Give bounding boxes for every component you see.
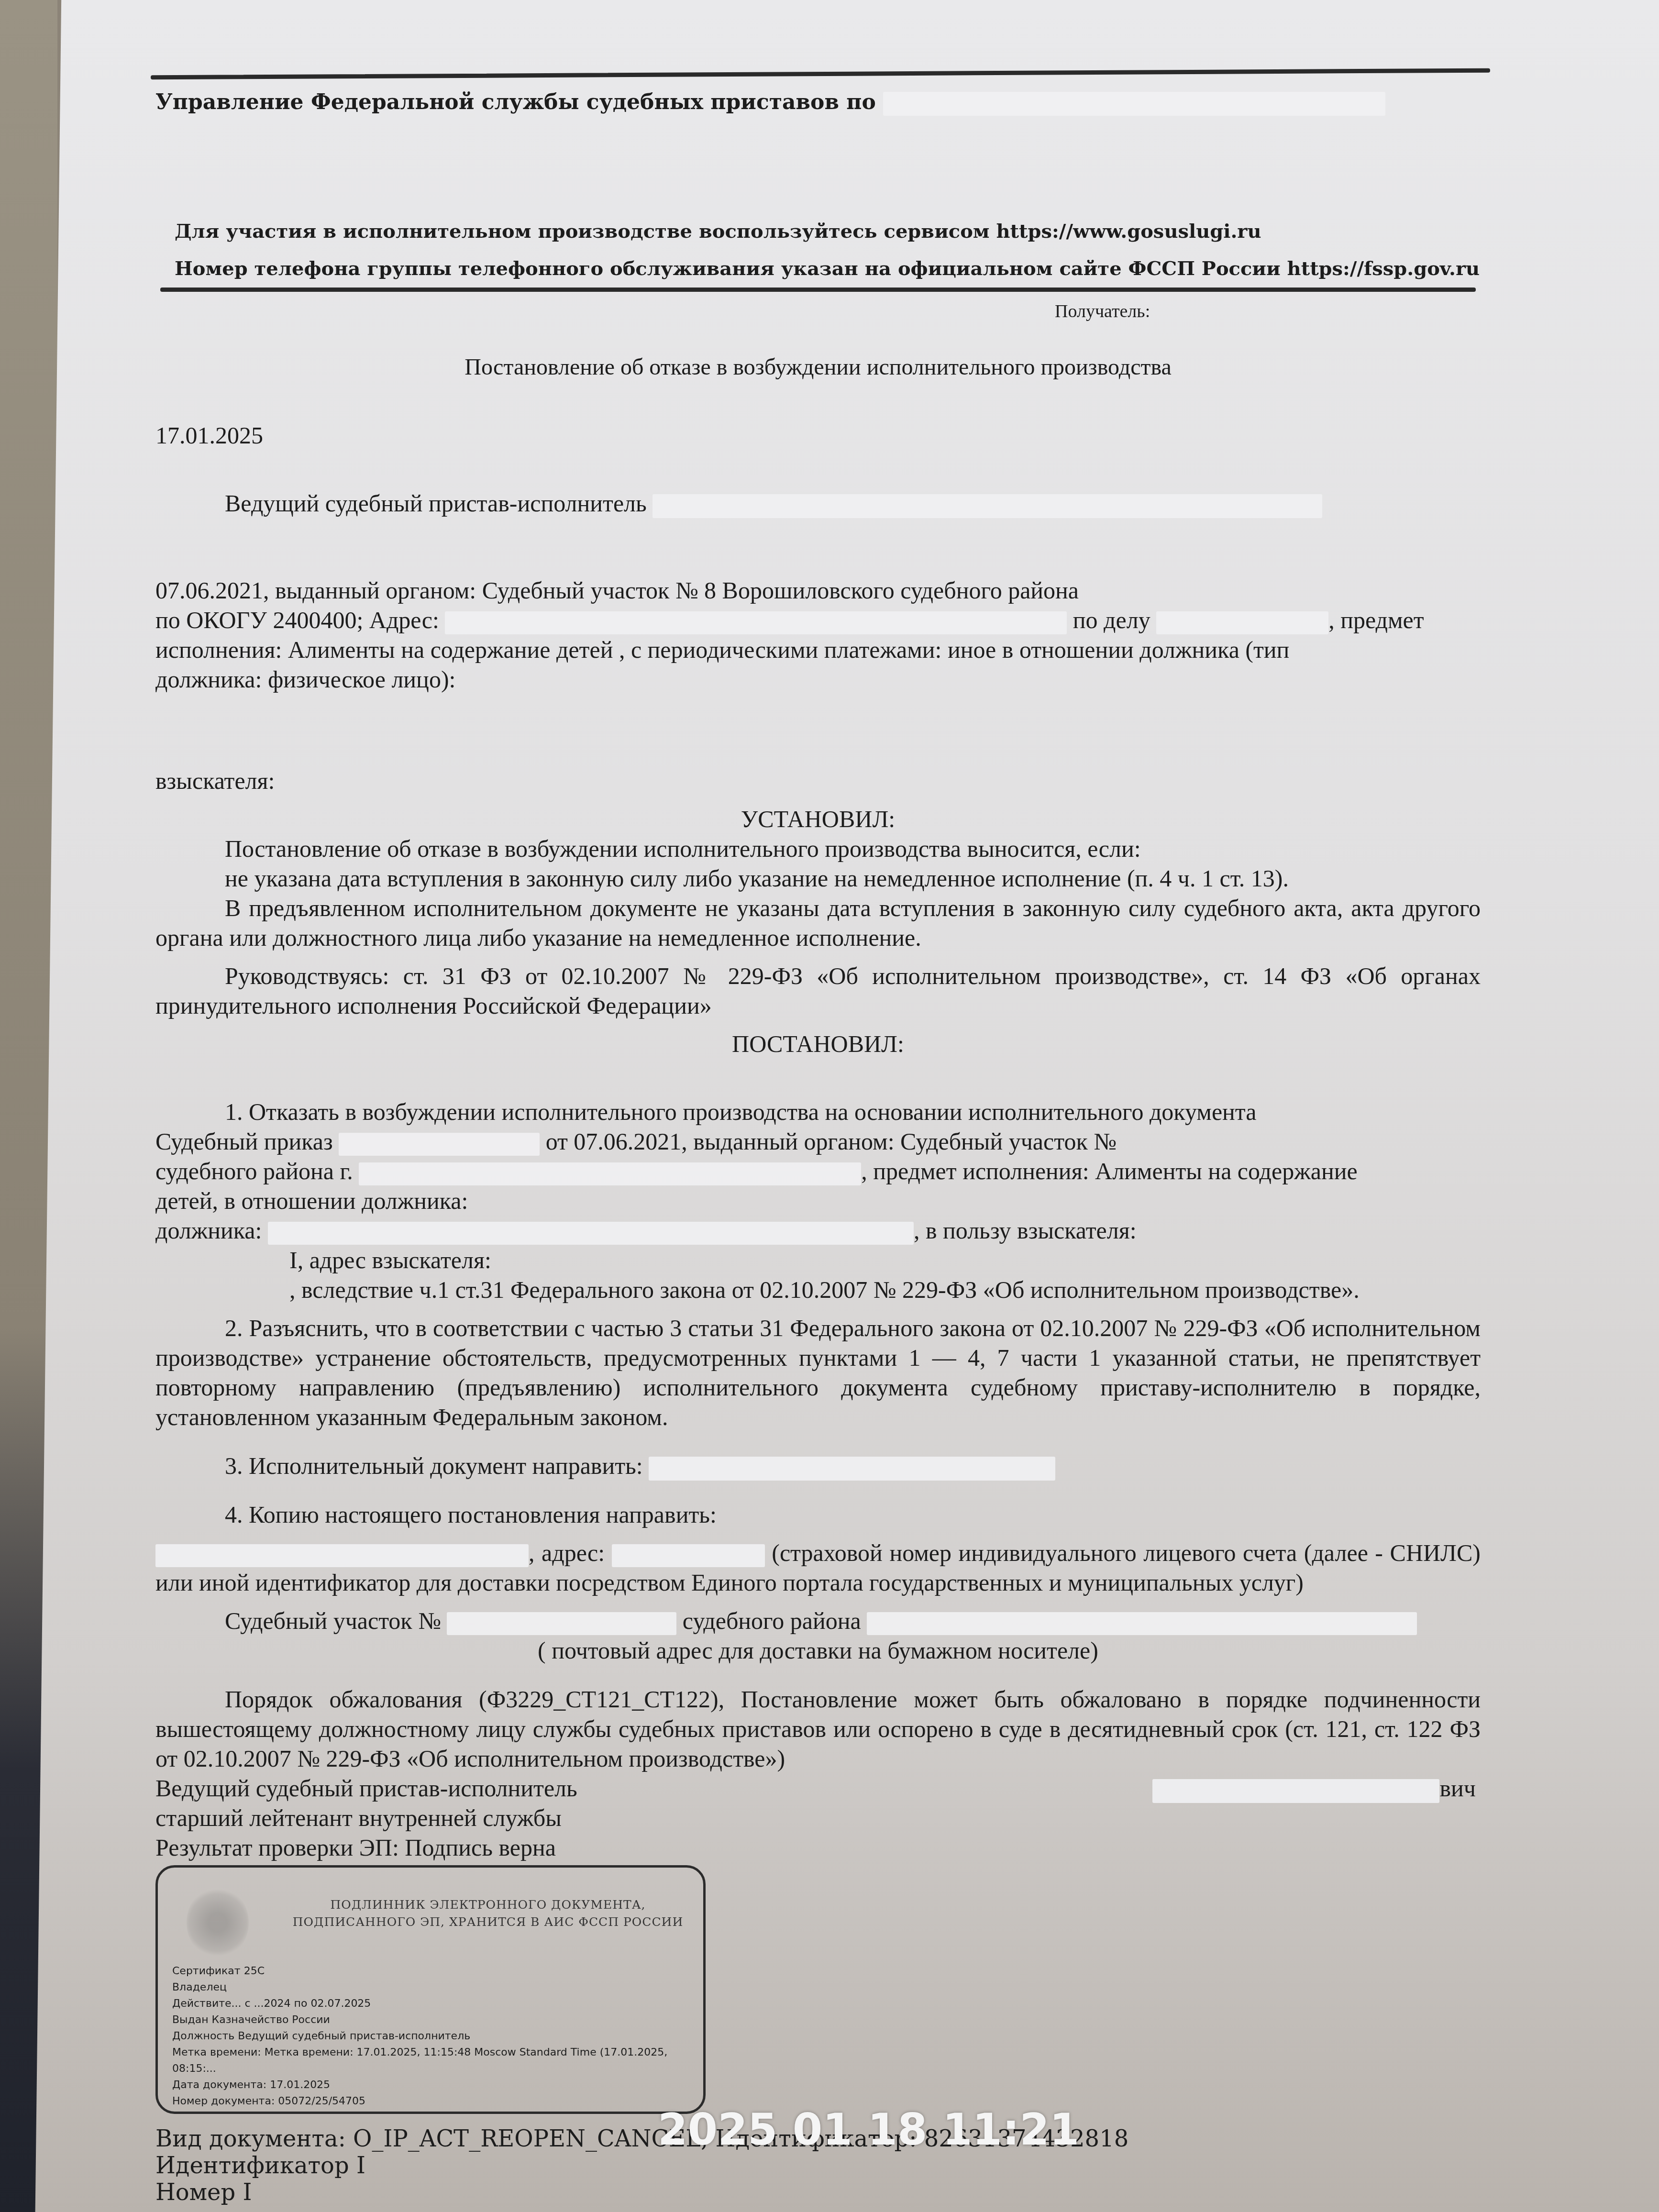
stamp-timestamp: Метка времени: Метка времени: 17.01.2025… [172, 2045, 703, 2077]
established-heading: УСТАНОВИЛ: [155, 804, 1481, 834]
redacted-header-area [155, 117, 1481, 213]
redacted-block [359, 1162, 861, 1185]
postal-note: ( почтовый адрес для доставки на бумажно… [155, 1636, 1481, 1665]
appeal-paragraph: Порядок обжалования (Ф3229_СТ121_СТ122),… [155, 1684, 1481, 1773]
gosuslugi-line: Для участия в исполнительном производств… [155, 213, 1481, 250]
redacted-block [612, 1544, 765, 1567]
stamp-doc-number: Номер документа: 05072/25/54705 [172, 2093, 703, 2110]
emblem-icon [187, 1887, 249, 1958]
redacted-block [445, 611, 1067, 634]
intro-line: исполнения: Алименты на содержание детей… [155, 635, 1481, 664]
signature-block: Ведущий судебный пристав-исполнитель вич… [155, 1773, 1481, 1862]
redacted-block [268, 1222, 914, 1245]
established-paragraph: не указана дата вступления в законную си… [155, 863, 1481, 893]
signer-name: вич [1152, 1773, 1476, 1803]
stamp-certificate: Сертификат 25С [172, 1963, 703, 1980]
recipient-label: Получатель: [1055, 297, 1481, 326]
electronic-signature-stamp: ПОДЛИННИК ЭЛЕКТРОННОГО ДОКУМЕНТА, ПОДПИС… [155, 1865, 706, 2114]
intro-line: должника: физическое лицо): [155, 664, 1481, 694]
court-recipient: Судебный участок № судебного района [155, 1606, 1481, 1636]
redacted-block [1156, 611, 1328, 634]
redacted-block [867, 1612, 1417, 1635]
resolved-item-2: 2. Разъяснить, что в соответствии с част… [155, 1313, 1481, 1432]
document-page: Управление Федеральной службы судебных п… [155, 72, 1481, 2206]
claimant-label: взыскателя: [155, 766, 1481, 796]
officer-line: Ведущий судебный пристав-исполнитель [155, 488, 1481, 518]
legal-basis-paragraph: Руководствуясь: ст. 31 ФЗ от 02.10.2007 … [155, 961, 1481, 1020]
resolved-item-3: 3. Исполнительный документ направить: [155, 1451, 1481, 1481]
stamp-position: Должность Ведущий судебный пристав-испол… [172, 2028, 703, 2045]
resolved-item-4: 4. Копию настоящего постановления направ… [155, 1500, 1481, 1529]
header-organization: Управление Федеральной службы судебных п… [155, 88, 1481, 117]
photo-timestamp: 2025 01 18 11:21 [658, 2105, 1079, 2155]
footer-number: Номер I [155, 2179, 1481, 2206]
resolved-item-4-recipient: , адрес: (страховой номер индивидуальног… [155, 1538, 1481, 1597]
intro-block: 07.06.2021, выданный органом: Судебный у… [155, 575, 1481, 796]
stamp-validity: Действите... с ...2024 по 02.07.2025 [172, 1996, 703, 2012]
stamp-owner: Владелец [172, 1980, 703, 1996]
document-date: 17.01.2025 [155, 420, 1481, 450]
header-rule-bottom [160, 288, 1476, 292]
redacted-block [653, 494, 1322, 518]
stamp-issuer: Выдан Казначейство России [172, 2012, 703, 2028]
redacted-block [649, 1457, 1055, 1481]
redacted-block [1152, 1779, 1439, 1803]
stamp-doc-date: Дата документа: 17.01.2025 [172, 2077, 703, 2093]
established-paragraph: Постановление об отказе в возбуждении ис… [155, 834, 1481, 863]
redacted-block [155, 694, 1481, 766]
intro-line: 07.06.2021, выданный органом: Судебный у… [155, 575, 1481, 605]
footer-identifier: Идентификатор I [155, 2152, 1481, 2179]
document-title: Постановление об отказе в возбуждении ис… [155, 353, 1481, 382]
phone-line: Номер телефона группы телефонного обслуж… [155, 250, 1481, 288]
redacted-block [155, 1544, 529, 1567]
redacted-block [447, 1612, 676, 1635]
ep-check-result: Результат проверки ЭП: Подпись верна [155, 1833, 1481, 1862]
resolved-item-1: 1. Отказать в возбуждении исполнительног… [155, 1097, 1481, 1305]
signer-rank: старший лейтенант внутренней службы [155, 1803, 1481, 1833]
intro-line: по ОКОГУ 2400400; Адрес: по делу , предм… [155, 605, 1481, 635]
redacted-block [339, 1133, 540, 1156]
redacted-block [883, 92, 1385, 116]
established-paragraph: В предъявленном исполнительном документе… [155, 893, 1481, 952]
resolved-heading: ПОСТАНОВИЛ: [155, 1029, 1481, 1059]
